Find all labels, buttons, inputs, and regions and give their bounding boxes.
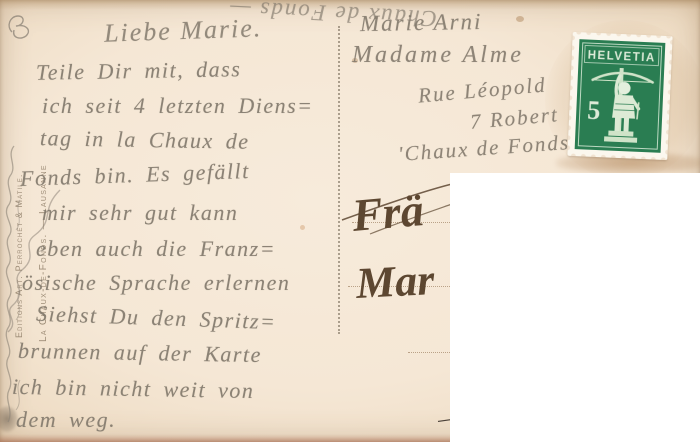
message-line: tag in la Chaux de (40, 125, 250, 155)
address-line-city: 'Chaux de Fonds (397, 130, 570, 167)
message-line: dem weg. (16, 407, 116, 433)
postcard-scan: Editions Art. Perrochet & Matile. La Cha… (0, 0, 700, 442)
address-rule-line (408, 352, 450, 353)
message-line: eben auch die Franz= (36, 236, 276, 262)
message-line: Siehst Du den Spritz= (36, 301, 277, 335)
message-line: ich bin nicht weit von (12, 374, 255, 404)
publisher-imprint-line1: Editions Art. Perrochet & Matile. (14, 174, 24, 338)
address-line-number: 7 Robert (469, 102, 560, 135)
helvetia-stamp: HELVETIA 5 (567, 32, 672, 160)
message-line: Fonds bin. Es gefällt (20, 158, 251, 192)
message-line: mir sehr gut kann (42, 200, 238, 226)
ink-address-line1: Frä (350, 183, 426, 242)
foxing-spot (300, 225, 305, 230)
greeting-text: Liebe Marie. (104, 13, 263, 49)
corner-pencil-scribble (2, 6, 42, 46)
address-line-street: Rue Léopold (417, 72, 547, 108)
message-line: ich seit 4 letzten Diens= (42, 93, 314, 119)
foxing-spot (516, 16, 524, 22)
white-cover-box (450, 173, 700, 442)
message-line: ösische Sprache erlernen (22, 270, 290, 296)
message-line: brunnen auf der Karte (18, 338, 262, 368)
address-line-madame: Madame Alme (352, 42, 524, 69)
address-line-name: Marie Arni (360, 9, 483, 37)
bottom-edge-stain (0, 434, 452, 442)
ink-address-line2: Mar (355, 254, 436, 309)
stamp-denomination: 5 (587, 96, 601, 126)
message-line: Teile Dir mit, dass (36, 56, 242, 86)
